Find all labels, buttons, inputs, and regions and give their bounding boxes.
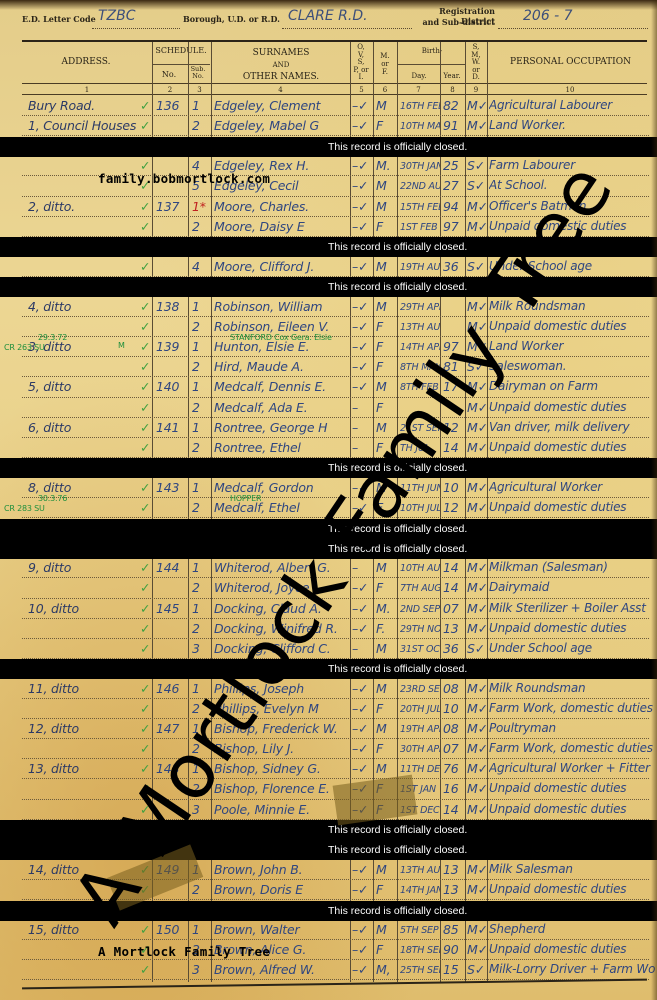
cell-year: 13: [443, 621, 465, 636]
cell-sex: M: [376, 199, 396, 214]
cell-status: M✓: [467, 580, 487, 595]
cell-tick: ✓: [140, 359, 154, 374]
cell-year: 36: [443, 641, 465, 656]
column-number: 8: [440, 86, 465, 94]
cell-occupation: Under School age: [489, 641, 655, 655]
cell-occupation: Milk Roundsman: [489, 681, 655, 695]
cell-status: M✓: [467, 862, 487, 877]
numbers-bottom-rule: [22, 94, 647, 95]
cell-schedule: 140: [156, 379, 186, 394]
header-bottom-rule: [22, 83, 647, 84]
cell-ovspi: –✓: [352, 199, 372, 214]
cell-tick: ✓: [140, 339, 154, 354]
cell-day: 19TH APR: [400, 724, 440, 735]
col-birth-year: Year.: [440, 72, 464, 81]
cell-address: 5, ditto: [28, 379, 150, 394]
cell-tick: ✓: [140, 580, 154, 595]
cell-tick: ✓: [140, 721, 154, 736]
registration-label-2: and Sub-district: [415, 17, 495, 27]
cell-tick: ✓: [140, 420, 154, 435]
cell-sub: 1: [192, 480, 210, 495]
cell-schedule: 136: [156, 98, 186, 113]
cell-ovspi: –✓: [352, 359, 372, 374]
cell-occupation: Dairymaid: [489, 580, 655, 594]
row-rule: [22, 316, 649, 317]
cell-sub: 1*: [192, 199, 210, 214]
cell-sub: 2: [192, 580, 210, 595]
cell-sex: F.: [376, 621, 396, 636]
cell-sub: 1: [192, 299, 210, 314]
cell-status: S✓: [467, 641, 487, 656]
cell-sub: 1: [192, 339, 210, 354]
cell-day: 29TH APR: [400, 302, 440, 313]
cell-tick: ✓: [140, 621, 154, 636]
row-rule: [22, 718, 649, 719]
col-sex-1: M.: [380, 52, 389, 60]
col-schedule-no: No.: [152, 70, 186, 79]
cell-occupation: Poultryman: [489, 721, 655, 735]
cell-address: 1, Council Houses: [28, 118, 150, 133]
cell-year: 91: [443, 118, 465, 133]
cell-ovspi: –✓: [352, 118, 372, 133]
cell-occupation: Farm Work, domestic duties: [489, 701, 655, 715]
cell-schedule: 138: [156, 299, 186, 314]
cell-year: 14: [443, 580, 465, 595]
closed-record-text: This record is officially closed.: [328, 241, 467, 253]
cell-occupation: Milkman (Salesman): [489, 560, 655, 574]
cell-ovspi: –✓: [352, 922, 372, 937]
cell-tick: ✓: [140, 319, 154, 334]
cell-day: 30TH APR: [400, 744, 440, 755]
cell-status: M✓: [467, 440, 487, 455]
cell-ovspi: –✓: [352, 319, 372, 334]
cell-sex: M: [376, 681, 396, 696]
closed-record-text: This record is officially closed.: [328, 905, 467, 917]
cell-address: 4, ditto: [28, 299, 150, 314]
cell-sub: 2: [192, 219, 210, 234]
registration-line: [498, 28, 648, 29]
cell-year: 85: [443, 922, 465, 937]
cell-sub: 2: [192, 400, 210, 415]
cell-name: Robinson, Eileen V.: [214, 319, 350, 334]
cell-tick: ✓: [140, 500, 154, 515]
cell-occupation: Agricultural Labourer: [489, 98, 655, 112]
cell-status: S✓: [467, 178, 487, 193]
cell-day: 7TH AUG: [400, 583, 440, 594]
cell-name: Moore, Charles.: [214, 199, 350, 214]
cell-sex: F: [376, 118, 396, 133]
col-schedule-sub: Sub.No.: [188, 66, 208, 80]
cell-status: M✓: [467, 721, 487, 736]
cell-occupation: Shepherd: [489, 922, 655, 936]
cell-sub: 1: [192, 560, 210, 575]
cell-status: M✓: [467, 922, 487, 937]
cell-year: 08: [443, 681, 465, 696]
cell-sex: F: [376, 219, 396, 234]
cell-day: 2ND SEP: [400, 604, 440, 615]
cell-sex: F: [376, 942, 396, 957]
cell-tick: ✓: [140, 400, 154, 415]
cell-name: Robinson, William: [214, 299, 350, 314]
registration-value: 206 - 7: [523, 8, 573, 24]
cell-year: 16: [443, 781, 465, 796]
col-surnames-2: AND: [273, 61, 290, 69]
col-birth-day: Day.: [398, 72, 440, 81]
cell-year: 90: [443, 942, 465, 957]
cell-sub: 2: [192, 319, 210, 334]
column-number: 3: [188, 86, 211, 94]
closed-record-bar: This record is officially closed.: [0, 458, 657, 478]
cell-name: Medcalf, Dennis E.: [214, 379, 350, 394]
cell-status: S✓: [467, 158, 487, 173]
cell-day: 18TH SEP: [400, 945, 440, 956]
cell-status: M✓: [467, 741, 487, 756]
cell-sub: 4: [192, 259, 210, 274]
cell-ovspi: –✓: [352, 259, 372, 274]
row-rule: [22, 698, 649, 699]
cell-day: 16TH FEB: [400, 101, 440, 112]
cell-occupation: Milk Salesman: [489, 862, 655, 876]
col-sex-2: or: [381, 60, 389, 68]
cell-tick: ✓: [140, 440, 154, 455]
cell-name: Hird, Maude A.: [214, 359, 350, 374]
col-sex-3: F.: [382, 68, 388, 76]
cell-schedule: 144: [156, 560, 186, 575]
cell-occupation: Farm Work, domestic duties: [489, 741, 655, 755]
footer-watermark: A Mortlock Family Tree: [98, 944, 270, 959]
cell-sex: F: [376, 359, 396, 374]
row-rule: [22, 417, 649, 418]
col-status-5: D.: [472, 73, 480, 81]
cell-occupation: Unpaid domestic duties: [489, 400, 655, 414]
cell-address: 2, ditto.: [28, 199, 150, 214]
cell-occupation: Unpaid domestic duties: [489, 440, 655, 454]
cell-ovspi: –: [352, 400, 372, 415]
cell-status: M✓: [467, 761, 487, 776]
cell-sub: 2: [192, 359, 210, 374]
row-rule: [22, 115, 649, 116]
cell-tick: ✓: [140, 379, 154, 394]
cell-ovspi: –✓: [352, 158, 372, 173]
cell-tick: ✓: [140, 641, 154, 656]
cell-address: Bury Road.: [28, 98, 150, 113]
cell-tick: ✓: [140, 922, 154, 937]
cell-ovspi: –✓: [352, 862, 372, 877]
cell-tick: ✓: [140, 219, 154, 234]
cell-year: 10: [443, 701, 465, 716]
cell-status: S✓: [467, 962, 487, 977]
cell-day: 13TH AUG: [400, 865, 440, 876]
row-rule: [22, 778, 649, 779]
cell-schedule: 139: [156, 339, 186, 354]
cell-sub: 1: [192, 922, 210, 937]
cell-day: 14TH JAN: [400, 885, 440, 896]
cell-sex: F: [376, 701, 396, 716]
column-number: 9: [465, 86, 487, 94]
margin-annotation-left: CR 263 SU: [4, 343, 45, 352]
margin-annotation-above: HOPPER: [230, 494, 261, 503]
ed-letter-code-label: E.D. Letter Code: [22, 14, 96, 24]
cell-day: 19TH AUG: [400, 262, 440, 273]
column-number: 7: [397, 86, 440, 94]
cell-address: 9, ditto: [28, 560, 150, 575]
cell-sex: F: [376, 882, 396, 897]
cell-sub: 2: [192, 118, 210, 133]
cell-schedule: 141: [156, 420, 186, 435]
borough-value: CLARE R.D.: [288, 8, 368, 24]
cell-tick: ✓: [140, 560, 154, 575]
closed-record-text: This record is officially closed.: [328, 663, 467, 675]
margin-annotation-date: 29.3.72: [38, 333, 67, 342]
margin-annotation-mark: M: [118, 341, 125, 350]
cell-sex: M.: [376, 601, 396, 616]
cell-status: M✓: [467, 500, 487, 515]
cell-status: M✓: [467, 118, 487, 133]
cell-day: 1ST FEB: [400, 222, 440, 233]
cell-schedule: 143: [156, 480, 186, 495]
cell-address: 12, ditto: [28, 721, 150, 736]
cell-sex: F: [376, 741, 396, 756]
col-birth: Birth-: [398, 47, 466, 56]
cell-sex: M: [376, 299, 396, 314]
cell-tick: ✓: [140, 259, 154, 274]
cell-day: 20TH JUL: [400, 704, 440, 715]
cell-ovspi: –✓: [352, 219, 372, 234]
cell-sex: M: [376, 922, 396, 937]
cell-year: 07: [443, 601, 465, 616]
schedule-subrule: [152, 64, 210, 65]
cell-year: 13: [443, 862, 465, 877]
cell-name: Moore, Clifford J.: [214, 259, 350, 274]
cell-ovspi: –✓: [352, 882, 372, 897]
column-number: 6: [373, 86, 397, 94]
row-rule: [22, 437, 649, 438]
row-rule: [22, 959, 649, 960]
cell-sex: M: [376, 641, 396, 656]
cell-tick: ✓: [140, 601, 154, 616]
row-rule: [22, 638, 649, 639]
cell-occupation: Milk Sterilizer + Boiler Asst: [489, 601, 655, 615]
cell-address: 8, ditto: [28, 480, 150, 495]
cell-sub: 1: [192, 420, 210, 435]
row-rule: [22, 356, 649, 357]
row-rule: [22, 758, 649, 759]
col-ovspi-5: I.: [359, 73, 364, 81]
cell-name: Rontree, George H: [214, 420, 350, 435]
cell-ovspi: –✓: [352, 761, 372, 776]
row-rule: [22, 397, 649, 398]
col-sex: M.orF.: [374, 52, 396, 76]
cell-sex: M: [376, 862, 396, 877]
cell-address: 10, ditto: [28, 601, 150, 616]
cell-status: M✓: [467, 621, 487, 636]
cell-sex: M.: [376, 158, 396, 173]
row-rule: [22, 336, 649, 337]
cell-sex: M,: [376, 962, 396, 977]
cell-ovspi: –✓: [352, 98, 372, 113]
col-schedule-sub-2: No.: [192, 72, 204, 80]
column-number: 10: [487, 86, 653, 94]
closed-record-text: This record is officially closed.: [328, 141, 467, 153]
cell-day: 5TH SEP: [400, 925, 440, 936]
cell-tick: ✓: [140, 118, 154, 133]
cell-day: 11TH DEC: [400, 764, 440, 775]
cell-status: M✓: [467, 882, 487, 897]
col-ovspi: O,V,S,P, orI.: [350, 44, 372, 82]
cell-year: 27: [443, 178, 465, 193]
cell-occupation: Unpaid domestic duties: [489, 882, 655, 896]
cell-year: 82: [443, 98, 465, 113]
cell-year: 14: [443, 560, 465, 575]
col-schedule: SCHEDULE.: [152, 46, 210, 55]
cell-day: 30TH JAN: [400, 161, 440, 172]
cell-tick: ✓: [140, 480, 154, 495]
row-rule: [22, 376, 649, 377]
closed-record-bar: This record is officially closed.: [0, 659, 657, 679]
cell-tick: ✓: [140, 98, 154, 113]
cell-ovspi: –✓: [352, 701, 372, 716]
borough-line: [282, 28, 412, 29]
cell-sex: M: [376, 721, 396, 736]
cell-address: 6, ditto: [28, 420, 150, 435]
cell-status: M✓: [467, 942, 487, 957]
cell-schedule: 137: [156, 199, 186, 214]
cell-year: 15: [443, 962, 465, 977]
cell-status: M✓: [467, 219, 487, 234]
cell-tick: ✓: [140, 199, 154, 214]
cell-name: Brown, Walter: [214, 922, 350, 937]
cell-sub: 2: [192, 440, 210, 455]
closed-record-text: This record is officially closed.: [328, 844, 467, 856]
cell-schedule: 150: [156, 922, 186, 937]
margin-annotation-left: CR 283 SU: [4, 504, 45, 513]
col-occupation: PERSONAL OCCUPATION: [488, 58, 653, 67]
header-rule: [22, 40, 647, 42]
cell-ovspi: –✓: [352, 721, 372, 736]
cell-day: 31ST OCT: [400, 644, 440, 655]
cell-ovspi: –✓: [352, 379, 372, 394]
col-surnames: SURNAMESANDOTHER NAMES.: [212, 47, 350, 83]
col-surnames-1: SURNAMES: [253, 48, 310, 58]
cell-occupation: Land Worker.: [489, 118, 655, 132]
cell-name: Edgeley, Mabel G: [214, 118, 350, 133]
cell-year: 36: [443, 259, 465, 274]
cell-ovspi: –✓: [352, 178, 372, 193]
cell-status: M✓: [467, 199, 487, 214]
closed-record-text: This record is officially closed.: [328, 281, 467, 293]
cell-year: 14: [443, 802, 465, 817]
cell-year: 94: [443, 199, 465, 214]
cell-name: Moore, Daisy E: [214, 219, 350, 234]
cell-occupation: Unpaid domestic duties: [489, 621, 655, 635]
cell-name: Bishop, Florence E.: [214, 781, 350, 796]
cell-ovspi: –✓: [352, 621, 372, 636]
cell-status: M✓: [467, 480, 487, 495]
cell-sub: 1: [192, 601, 210, 616]
cell-occupation: Unpaid domestic duties: [489, 942, 655, 956]
cell-ovspi: –✓: [352, 962, 372, 977]
site-watermark: family.bobmortlock.com: [98, 171, 270, 186]
column-number: 5: [350, 86, 373, 94]
cell-year: 10: [443, 480, 465, 495]
cell-sex: F: [376, 339, 396, 354]
borough-label: Borough, U.D. or R.D.: [183, 14, 280, 24]
cell-address: 11, ditto: [28, 681, 150, 696]
census-register-page: E.D. Letter Code TZBC Borough, U.D. or R…: [0, 0, 657, 1000]
column-number: 4: [211, 86, 350, 94]
page-edge-shadow: [651, 0, 657, 1000]
cell-schedule: 146: [156, 681, 186, 696]
cell-occupation: Unpaid domestic duties: [489, 781, 655, 795]
cell-status: M✓: [467, 701, 487, 716]
cell-year: 97: [443, 219, 465, 234]
cell-status: M✓: [467, 802, 487, 817]
cell-tick: ✓: [140, 701, 154, 716]
cell-status: M✓: [467, 560, 487, 575]
cell-occupation: Dairyman on Farm: [489, 379, 655, 393]
birth-subrule: [398, 64, 466, 65]
cell-day: 23RD SEP: [400, 684, 440, 695]
cell-sub: 3: [192, 641, 210, 656]
cell-name: Brown, Doris E: [214, 882, 350, 897]
cell-sub: 2: [192, 621, 210, 636]
cell-year: 07: [443, 741, 465, 756]
cell-occupation: Unpaid domestic duties: [489, 500, 655, 514]
cell-status: M✓: [467, 781, 487, 796]
cell-year: 76: [443, 761, 465, 776]
cell-name: Brown, John B.: [214, 862, 350, 877]
column-number: 2: [152, 86, 188, 94]
cell-day: 25TH SEP: [400, 965, 440, 976]
margin-annotation-date: 30.3.76: [38, 494, 67, 503]
cell-status: M✓: [467, 681, 487, 696]
cell-year: 08: [443, 721, 465, 736]
row-rule: [22, 939, 649, 940]
cell-sex: M: [376, 178, 396, 193]
cell-sex: M: [376, 259, 396, 274]
col-address: ADDRESS.: [22, 58, 150, 67]
cell-sex: M: [376, 761, 396, 776]
cell-year: 13: [443, 882, 465, 897]
closed-record-text: This record is officially closed.: [328, 824, 467, 836]
cell-tick: ✓: [140, 299, 154, 314]
cell-sex: F: [376, 580, 396, 595]
cell-name: Medcalf, Ada E.: [214, 400, 350, 415]
cell-ovspi: –✓: [352, 299, 372, 314]
cell-sub: 2: [192, 500, 210, 515]
cell-schedule: 145: [156, 601, 186, 616]
cell-name: Rontree, Ethel: [214, 440, 350, 455]
column-number: 1: [22, 86, 152, 94]
cell-sex: F: [376, 319, 396, 334]
cell-ovspi: –✓: [352, 741, 372, 756]
cell-sex: M: [376, 98, 396, 113]
cell-day: 10TH MAR: [400, 121, 440, 132]
col-surnames-3: OTHER NAMES.: [243, 72, 319, 82]
cell-day: 22ND AUG: [400, 181, 440, 192]
cell-day: 10TH AUG: [400, 563, 440, 574]
cell-occupation: Agricultural Worker: [489, 480, 655, 494]
cell-status: M✓: [467, 601, 487, 616]
cell-ovspi: –✓: [352, 942, 372, 957]
cell-sub: 1: [192, 98, 210, 113]
cell-occupation: Milk-Lorry Driver + Farm Worker: [489, 962, 655, 976]
cell-occupation: Agricultural Worker + Fitter: [489, 761, 655, 775]
cell-name: Brown, Alfred W.: [214, 962, 350, 977]
cell-status: M✓: [467, 98, 487, 113]
col-status: S,M,W.orD.: [466, 44, 486, 82]
cell-name: Poole, Minnie E.: [214, 802, 350, 817]
